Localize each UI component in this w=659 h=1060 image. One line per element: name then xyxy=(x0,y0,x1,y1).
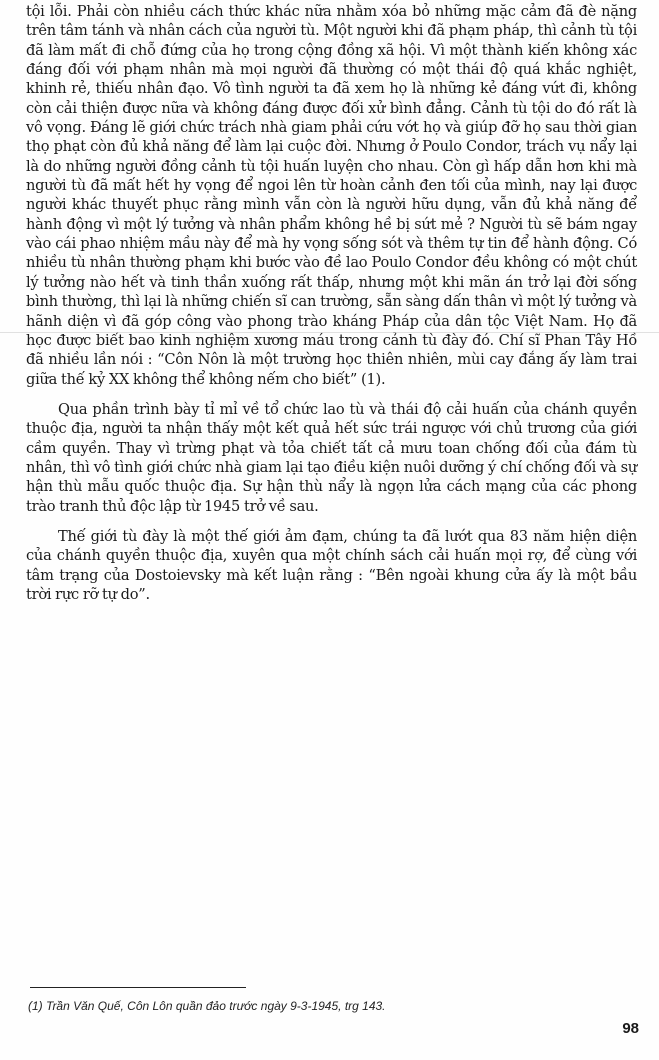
paragraph-1: tội lỗi. Phải còn nhiều cách thức khác n… xyxy=(26,2,637,389)
paragraph-3: Thế giới tù đày là một thế giới ảm đạm, … xyxy=(26,527,637,604)
footnote-separator xyxy=(30,987,246,988)
body-text: tội lỗi. Phải còn nhiều cách thức khác n… xyxy=(26,2,637,604)
scan-artifact-line xyxy=(0,332,659,333)
footnote: (1) Trần Văn Quế, Côn Lôn quần đảo trước… xyxy=(28,999,386,1013)
paragraph-2: Qua phần trình bày tỉ mỉ về tổ chức lao … xyxy=(26,400,637,516)
document-page: tội lỗi. Phải còn nhiều cách thức khác n… xyxy=(0,0,659,1060)
page-number: 98 xyxy=(622,1020,639,1037)
